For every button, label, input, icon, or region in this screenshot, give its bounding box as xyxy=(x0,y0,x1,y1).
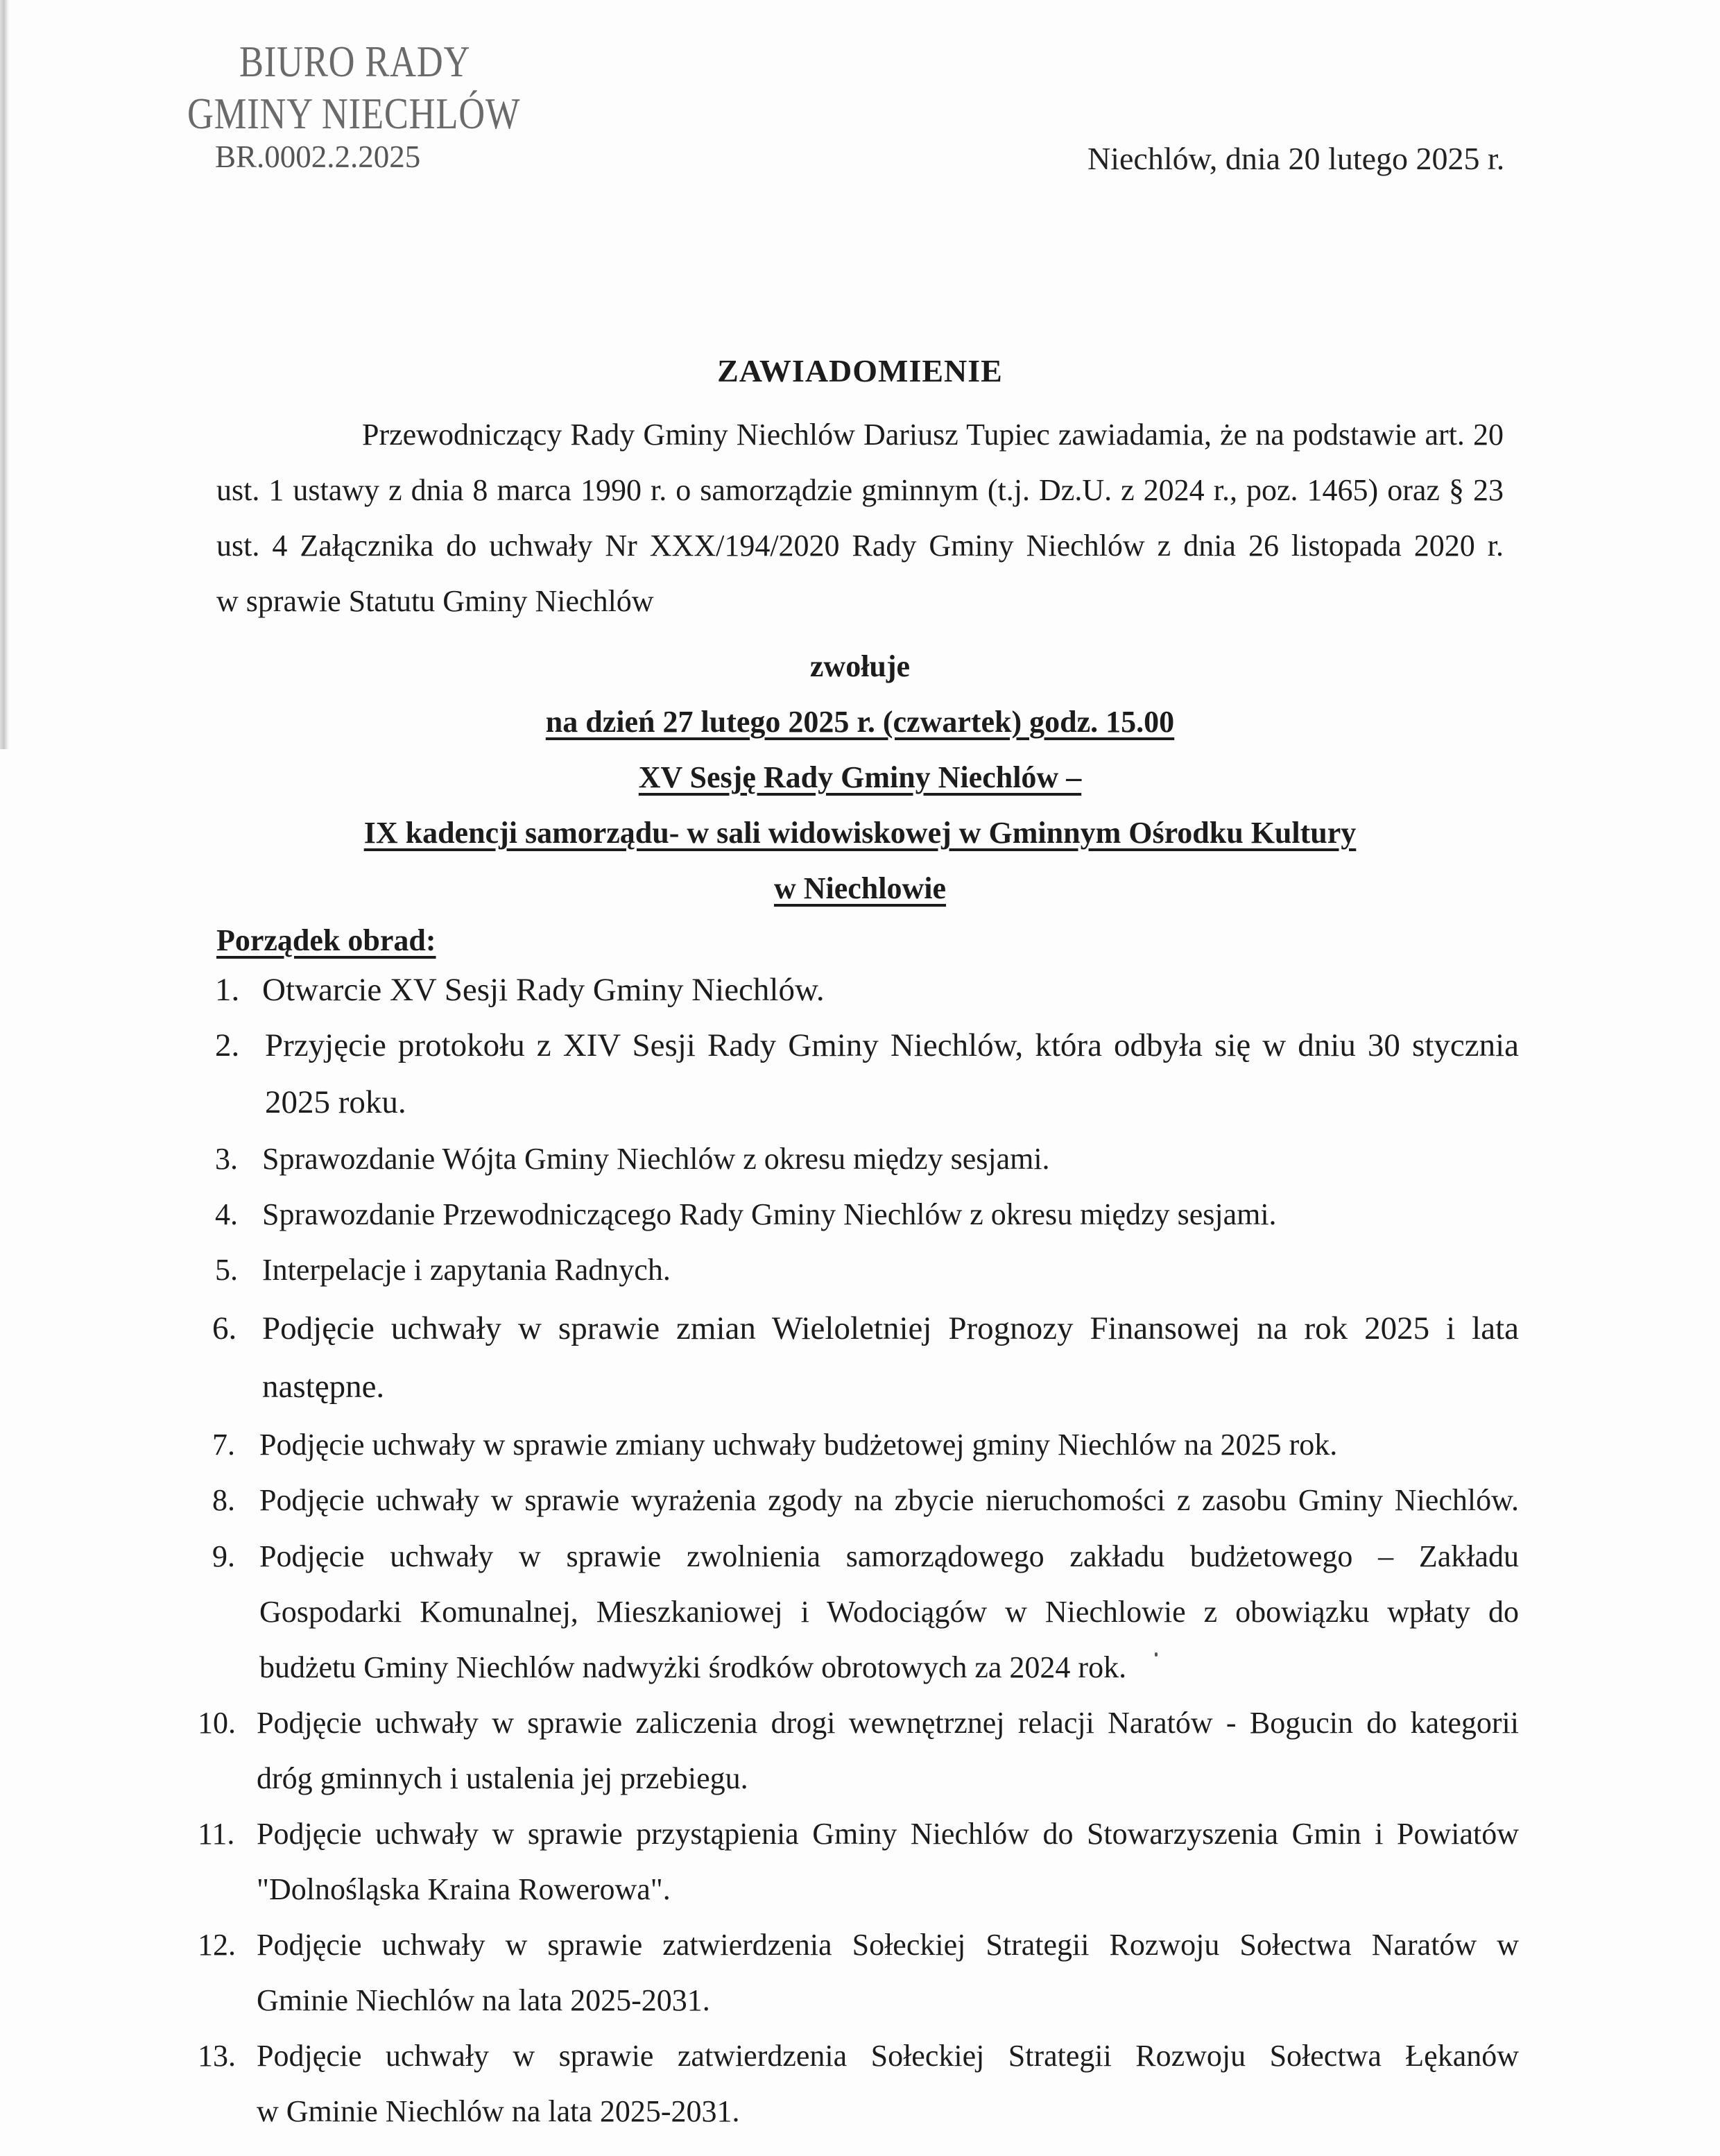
agenda-item-text: "Dolnośląska Kraina Rowerowa". xyxy=(257,1872,671,1907)
agenda-heading: Porządek obrad: xyxy=(216,923,436,958)
session-name: XV Sesję Rady Gminy Niechlów – xyxy=(0,760,1720,795)
agenda-item-number: 1. xyxy=(215,971,239,1009)
intro-line: ust. 1 ustawy z dnia 8 marca 1990 r. o s… xyxy=(216,475,1504,506)
intro-line: w sprawie Statutu Gminy Niechlów xyxy=(216,586,654,617)
agenda-item-text: Gospodarki Komunalnej, Mieszkaniowej i W… xyxy=(259,1594,1519,1629)
agenda-item-text: następne. xyxy=(262,1368,384,1405)
document-title: ZAWIADOMIENIE xyxy=(0,352,1720,389)
convenes-label: zwołuje xyxy=(0,649,1720,684)
agenda-item-number: 10. xyxy=(198,1705,236,1740)
agenda-item-number: 5. xyxy=(215,1252,238,1287)
agenda-item-text: Podjęcie uchwały w sprawie zaliczenia dr… xyxy=(257,1705,1519,1740)
agenda-item-text: Podjęcie uchwały w sprawie wyrażenia zgo… xyxy=(259,1482,1519,1518)
agenda-item-text: Podjęcie uchwały w sprawie zmian Wielole… xyxy=(262,1310,1519,1347)
agenda-item-text: Otwarcie XV Sesji Rady Gminy Niechlów. xyxy=(262,971,825,1009)
agenda-item-text: Podjęcie uchwały w sprawie zatwierdzenia… xyxy=(257,1927,1519,1962)
agenda-item-number: 3. xyxy=(215,1141,238,1177)
agenda-item-text: Przyjęcie protokołu z XIV Sesji Rady Gmi… xyxy=(265,1027,1519,1064)
intro-line: Przewodniczący Rady Gminy Niechlów Dariu… xyxy=(362,420,1504,450)
place-and-date: Niechlów, dnia 20 lutego 2025 r. xyxy=(1087,140,1504,177)
agenda-item-text: Sprawozdanie Wójta Gminy Niechlów z okre… xyxy=(262,1141,1050,1177)
session-date: na dzień 27 lutego 2025 r. (czwartek) go… xyxy=(0,704,1720,739)
agenda-item-text: dróg gminnych i ustalenia jej przebiegu. xyxy=(257,1761,748,1796)
agenda-item-number: 13. xyxy=(198,2038,236,2073)
agenda-item-number: 9. xyxy=(212,1539,235,1574)
session-place: IX kadencji samorządu- w sali widowiskow… xyxy=(0,815,1720,850)
agenda-item-text: w Gminie Niechlów na lata 2025-2031. xyxy=(257,2094,740,2129)
reference-number: BR.0002.2.2025 xyxy=(215,139,420,175)
agenda-item-text: 2025 roku. xyxy=(265,1084,406,1121)
scan-speck xyxy=(1155,1652,1158,1657)
agenda-item-text: Podjęcie uchwały w sprawie zatwierdzenia… xyxy=(257,2038,1519,2073)
agenda-item-text: Gminie Niechlów na lata 2025-2031. xyxy=(257,1983,710,2018)
agenda-item-text: Interpelacje i zapytania Radnych. xyxy=(262,1252,671,1287)
agenda-item-text: Podjęcie uchwały w sprawie zwolnienia sa… xyxy=(259,1539,1519,1574)
office-stamp-line-2: GMINY NIECHLÓW xyxy=(187,88,520,139)
agenda-item-number: 4. xyxy=(215,1197,238,1232)
session-town: w Niechlowie xyxy=(0,871,1720,906)
agenda-item-number: 2. xyxy=(215,1027,239,1064)
agenda-item-number: 12. xyxy=(198,1927,236,1962)
agenda-item-text: Sprawozdanie Przewodniczącego Rady Gminy… xyxy=(262,1197,1277,1232)
agenda-item-number: 6. xyxy=(212,1310,237,1347)
agenda-item-text: Podjęcie uchwały w sprawie przystąpienia… xyxy=(257,1816,1519,1851)
agenda-item-text: Podjęcie uchwały w sprawie zmiany uchwał… xyxy=(259,1427,1337,1462)
agenda-item-number: 8. xyxy=(212,1482,235,1518)
agenda-item-number: 7. xyxy=(212,1427,235,1462)
office-stamp-line-1: BIURO RADY xyxy=(239,36,470,87)
agenda-item-text: budżetu Gminy Niechlów nadwyżki środków … xyxy=(259,1650,1126,1685)
intro-line: ust. 4 Załącznika do uchwały Nr XXX/194/… xyxy=(216,531,1504,561)
agenda-item-number: 11. xyxy=(198,1816,234,1851)
